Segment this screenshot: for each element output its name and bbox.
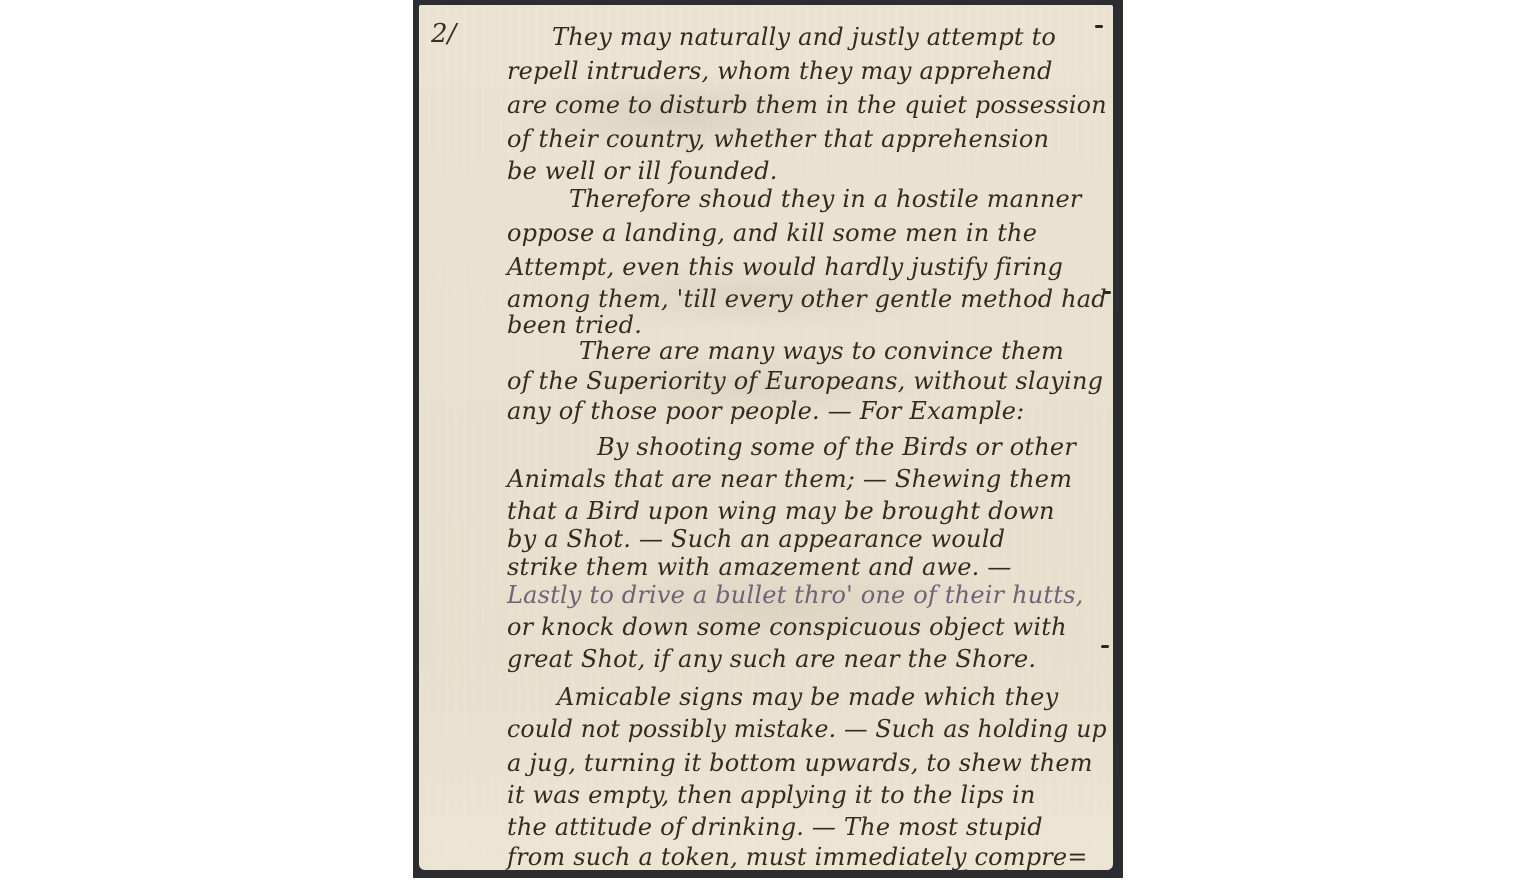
text-line: of their country, whether that apprehens…: [507, 125, 1049, 153]
ink-mark: [1103, 291, 1111, 294]
folio-number: 2/: [431, 19, 456, 49]
text-line: by a Shot. — Such an appearance would: [507, 525, 1005, 553]
text-line: a jug, turning it bottom upwards, to she…: [507, 749, 1093, 777]
text-line: or knock down some conspicuous object wi…: [507, 613, 1067, 641]
text-line: oppose a landing, and kill some men in t…: [507, 219, 1037, 247]
text-line: There are many ways to convince them: [579, 337, 1064, 365]
text-line: By shooting some of the Birds or other: [597, 433, 1076, 461]
text-line: Lastly to drive a bullet thro' one of th…: [507, 581, 1083, 609]
text-line: repell intruders, whom they may apprehen…: [507, 57, 1053, 85]
text-line: Attempt, even this would hardly justify …: [507, 253, 1063, 281]
text-line: Amicable signs may be made which they: [557, 683, 1058, 711]
text-line: that a Bird upon wing may be brought dow…: [507, 497, 1055, 525]
text-line: They may naturally and justly attempt to: [552, 23, 1056, 51]
text-line: among them, 'till every other gentle met…: [507, 285, 1107, 313]
text-line: been tried.: [507, 311, 642, 339]
text-line: any of those poor people. — For Example:: [507, 397, 1024, 425]
ink-mark: [1095, 25, 1103, 28]
text-line: from such a token, must immediately comp…: [507, 843, 1088, 870]
text-line: are come to disturb them in the quiet po…: [507, 91, 1107, 119]
text-line: of the Superiority of Europeans, without…: [507, 367, 1103, 395]
scanned-manuscript-frame: 2/ They may naturally and justly attempt…: [413, 0, 1123, 878]
text-line: =hend: [947, 867, 1008, 870]
text-line: strike them with amazement and awe. —: [507, 553, 1012, 581]
text-line: the attitude of drinking. — The most stu…: [507, 813, 1043, 841]
text-line: it was empty, then applying it to the li…: [507, 781, 1036, 809]
text-line: Therefore shoud they in a hostile manner: [569, 185, 1082, 213]
text-line: Animals that are near them; — Shewing th…: [507, 465, 1072, 493]
text-line: be well or ill founded.: [507, 157, 778, 185]
text-line: could not possibly mistake. — Such as ho…: [507, 715, 1107, 743]
text-line: great Shot, if any such are near the Sho…: [507, 645, 1036, 673]
manuscript-page: 2/ They may naturally and justly attempt…: [419, 5, 1113, 870]
ink-mark: [1101, 645, 1109, 648]
